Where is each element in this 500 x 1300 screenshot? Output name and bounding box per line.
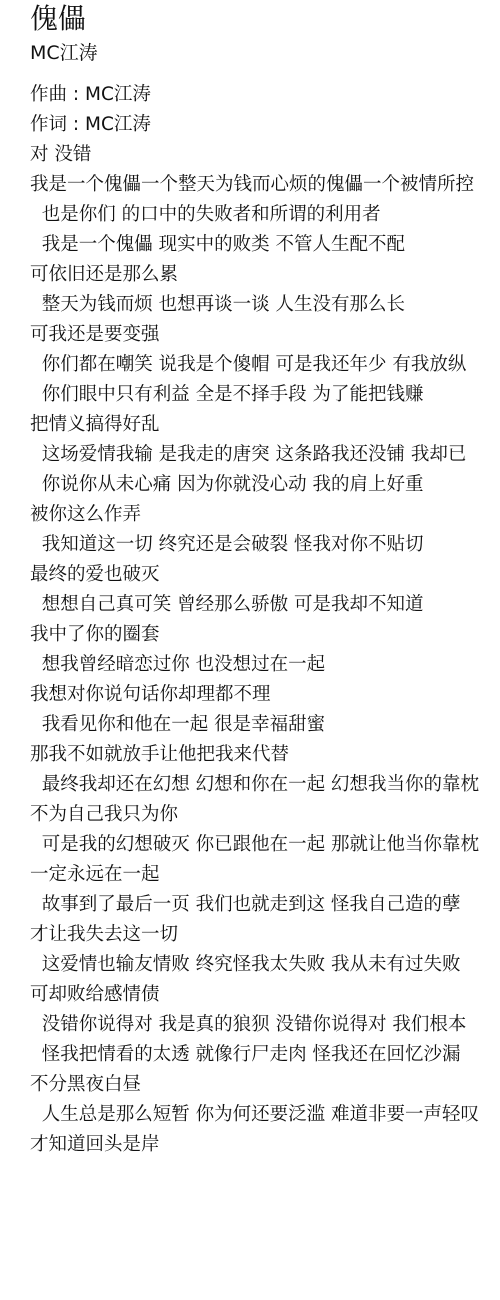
- lyric-line: 想我曾经暗恋过你 也没想过在一起: [30, 650, 500, 680]
- lyric-line: 才知道回头是岸: [30, 1130, 500, 1160]
- lyric-line: 最终我却还在幻想 幻想和你在一起 幻想我当你的靠枕: [30, 770, 500, 800]
- lyric-line: 人生总是那么短暂 你为何还要泛滥 难道非要一声轻叹: [30, 1100, 500, 1130]
- lyric-line: 不为自己我只为你: [30, 800, 500, 830]
- lyric-line: 整天为钱而烦 也想再谈一谈 人生没有那么长: [30, 290, 500, 320]
- lyric-line: 作词 : MC江涛: [30, 110, 500, 140]
- lyric-line: 我知道这一切 终究还是会破裂 怪我对你不贴切: [30, 530, 500, 560]
- lyric-line: 最终的爱也破灭: [30, 560, 500, 590]
- lyric-line: 你说你从未心痛 因为你就没心动 我的肩上好重: [30, 470, 500, 500]
- lyric-line: 我看见你和他在一起 很是幸福甜蜜: [30, 710, 500, 740]
- lyric-line: 才让我失去这一切: [30, 920, 500, 950]
- lyric-line: 可却败给感情债: [30, 980, 500, 1010]
- lyric-line: 可我还是要变强: [30, 320, 500, 350]
- lyric-line: 你们眼中只有利益 全是不择手段 为了能把钱赚: [30, 380, 500, 410]
- lyric-line: 不分黑夜白昼: [30, 1070, 500, 1100]
- lyric-line: 我是一个傀儡 现实中的败类 不管人生配不配: [30, 230, 500, 260]
- lyric-line: 可是我的幻想破灭 你已跟他在一起 那就让他当你靠枕: [30, 830, 500, 860]
- lyrics-body: 作曲 : MC江涛作词 : MC江涛对 没错我是一个傀儡一个整天为钱而心烦的傀儡…: [30, 80, 500, 1160]
- lyric-line: 我是一个傀儡一个整天为钱而心烦的傀儡一个被情所控: [30, 170, 500, 200]
- lyric-line: 作曲 : MC江涛: [30, 80, 500, 110]
- lyric-line: 对 没错: [30, 140, 500, 170]
- lyric-line: 被你这么作弄: [30, 500, 500, 530]
- lyric-line: 故事到了最后一页 我们也就走到这 怪我自己造的孽: [30, 890, 500, 920]
- lyric-line: 我想对你说句话你却理都不理: [30, 680, 500, 710]
- lyric-line: 怪我把情看的太透 就像行尸走肉 怪我还在回忆沙漏: [30, 1040, 500, 1070]
- song-title: 傀儡: [30, 1, 500, 37]
- lyric-line: 想想自己真可笑 曾经那么骄傲 可是我却不知道: [30, 590, 500, 620]
- song-artist: MC江涛: [30, 40, 500, 66]
- lyric-line: 我中了你的圈套: [30, 620, 500, 650]
- lyric-line: 那我不如就放手让他把我来代替: [30, 740, 500, 770]
- lyric-line: 这爱情也输友情败 终究怪我太失败 我从未有过失败: [30, 950, 500, 980]
- lyric-line: 这场爱情我输 是我走的唐突 这条路我还没铺 我却已: [30, 440, 500, 470]
- lyric-line: 你们都在嘲笑 说我是个傻帽 可是我还年少 有我放纵: [30, 350, 500, 380]
- lyric-line: 把情义搞得好乱: [30, 410, 500, 440]
- lyric-line: 也是你们 的口中的失败者和所谓的利用者: [30, 200, 500, 230]
- lyric-line: 可依旧还是那么累: [30, 260, 500, 290]
- lyric-line: 没错你说得对 我是真的狼狈 没错你说得对 我们根本: [30, 1010, 500, 1040]
- lyric-line: 一定永远在一起: [30, 860, 500, 890]
- lyrics-page: 傀儡 MC江涛 作曲 : MC江涛作词 : MC江涛对 没错我是一个傀儡一个整天…: [30, 0, 500, 1160]
